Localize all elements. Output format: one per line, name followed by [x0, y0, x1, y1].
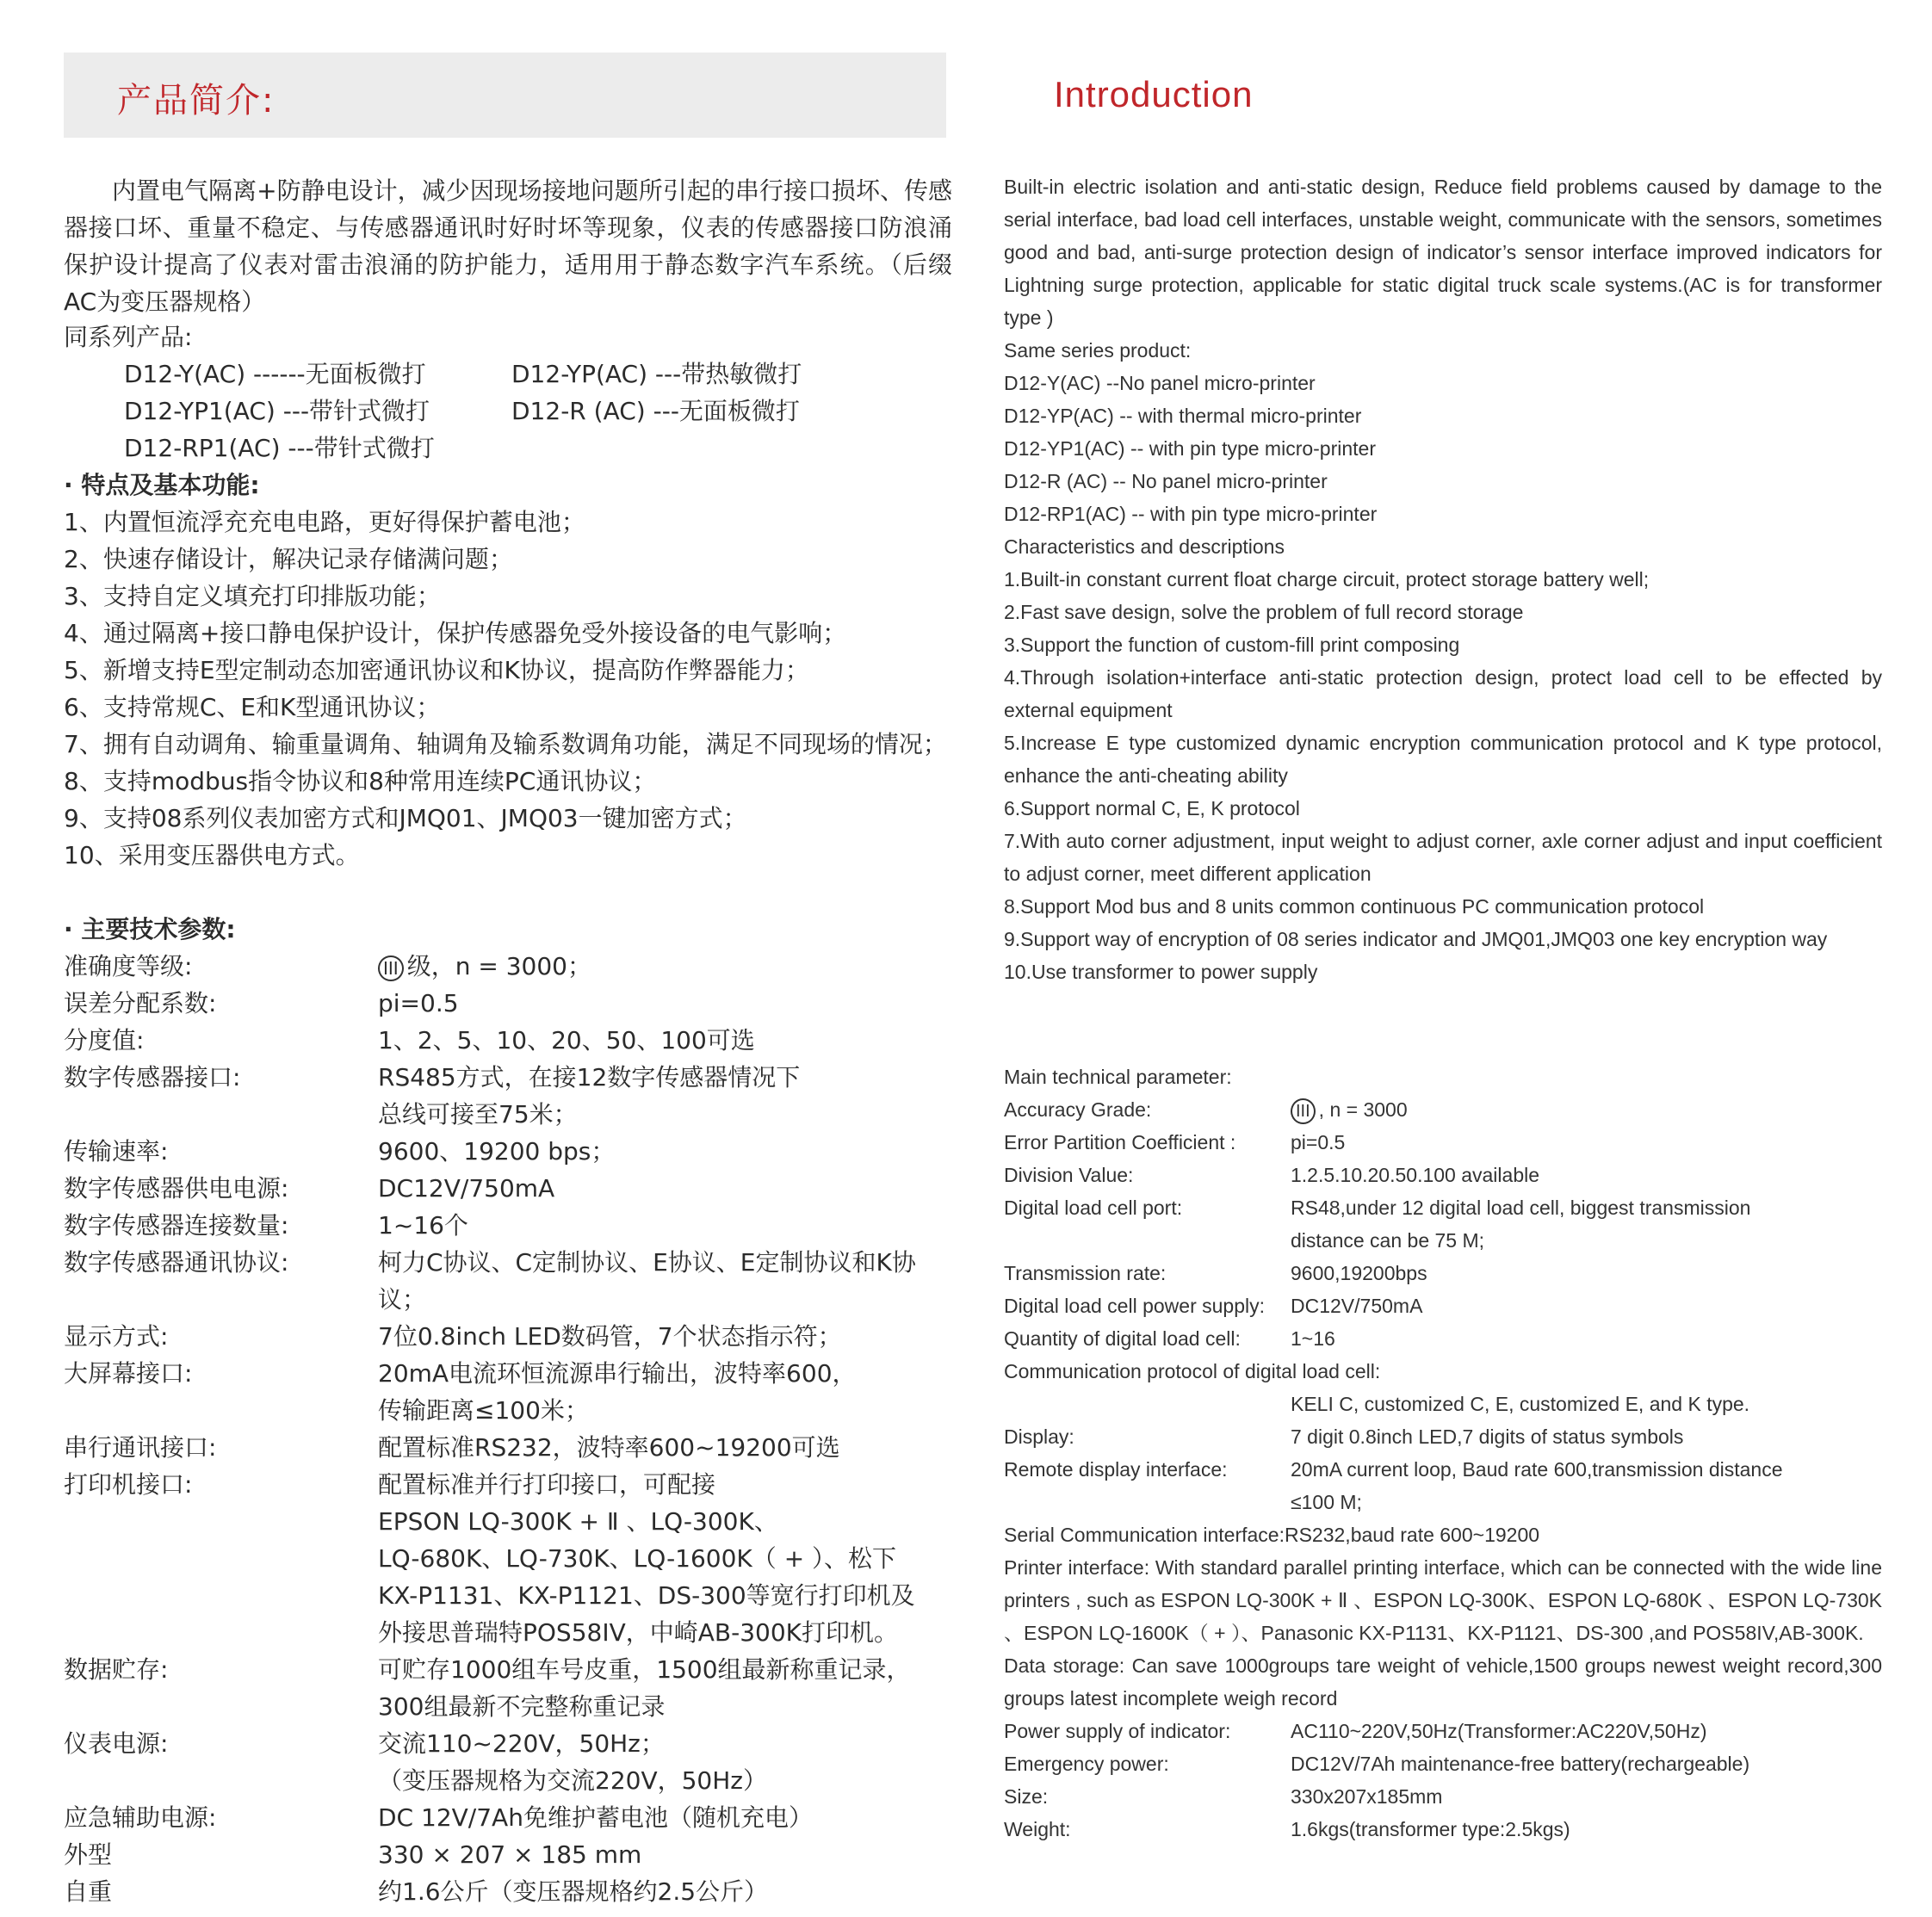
en-serial-row: Serial Communication interface:RS232,bau…	[1004, 1518, 1882, 1551]
en-spec-label: Size:	[1004, 1780, 1291, 1813]
cn-spec-value: III级，n = 3000；	[378, 948, 959, 985]
cn-spec-row: 传输速率:9600、19200 bps；	[64, 1133, 959, 1170]
accuracy-class-icon: III	[378, 955, 404, 981]
en-spec-value: 20mA current loop, Baud rate 600,transmi…	[1291, 1453, 1882, 1518]
cn-spec-label: 应急辅助电源:	[64, 1799, 378, 1836]
cn-spec-label: 仪表电源:	[64, 1725, 378, 1799]
cn-specs-heading: · 主要技术参数:	[64, 911, 959, 948]
cn-feature-item: 10、采用变压器供电方式。	[64, 837, 959, 874]
en-feature-item: 9.Support way of encryption of 08 series…	[1004, 923, 1882, 955]
accuracy-class-icon: III	[1291, 1098, 1316, 1124]
cn-series-item: D12-YP1(AC) ---带针式微打	[124, 393, 511, 430]
cn-spec-value: 约1.6公斤（变压器规格约2.5公斤）	[378, 1873, 959, 1910]
cn-series-row: D12-YP1(AC) ---带针式微打 D12-R (AC) ---无面板微打	[64, 393, 959, 430]
cn-series-item: D12-R (AC) ---无面板微打	[511, 393, 800, 430]
en-spec-row: Power supply of indicator:AC110~220V,50H…	[1004, 1715, 1882, 1747]
cn-spec-label: 数字传感器供电电源:	[64, 1170, 378, 1207]
en-specs-section: Main technical parameter: Accuracy Grade…	[1004, 1061, 1882, 1846]
cn-feature-item: 2、快速存储设计，解决记录存储满问题；	[64, 541, 959, 578]
cn-spec-row: 显示方式:7位0.8inch LED数码管，7个状态指示符；	[64, 1318, 959, 1355]
en-feature-item: 2.Fast save design, solve the problem of…	[1004, 596, 1882, 628]
cn-spec-value: 柯力C协议、C定制协议、E协议、E定制协议和K协议；	[378, 1244, 959, 1318]
en-spec-value: 1~16	[1291, 1322, 1882, 1355]
cn-spec-value: 配置标准并行打印接口，可配接EPSON LQ-300K + Ⅱ 、LQ-300K…	[378, 1466, 959, 1651]
cn-feature-item: 8、支持modbus指令协议和8种常用连续PC通讯协议；	[64, 763, 959, 800]
cn-spec-value: 20mA电流环恒流源串行输出，波特率600，传输距离≤100米；	[378, 1355, 959, 1429]
cn-spec-row: 自重约1.6公斤（变压器规格约2.5公斤）	[64, 1873, 959, 1910]
cn-spec-label: 串行通讯接口:	[64, 1429, 378, 1466]
en-spec-label: Quantity of digital load cell:	[1004, 1322, 1291, 1355]
en-spec-label: Weight:	[1004, 1813, 1291, 1846]
cn-spec-label: 分度值:	[64, 1022, 378, 1059]
cn-spec-value: 330 × 207 × 185 mm	[378, 1836, 959, 1873]
en-comm-value: KELI C, customized C, E, customized E, a…	[1291, 1388, 1882, 1420]
en-spec-value: 9600,19200bps	[1291, 1257, 1882, 1289]
en-spec-value: III, n = 3000	[1291, 1093, 1882, 1126]
cn-spec-label: 准确度等级:	[64, 948, 378, 985]
cn-series-section: 同系列产品: D12-Y(AC) ------无面板微打 D12-YP(AC) …	[64, 318, 959, 874]
cn-spec-value: 配置标准RS232，波特率600~19200可选	[378, 1429, 959, 1466]
en-feature-item: 8.Support Mod bus and 8 units common con…	[1004, 890, 1882, 923]
en-spec-value: 1.6kgs(transformer type:2.5kgs)	[1291, 1813, 1882, 1846]
cn-spec-row: 误差分配系数: pi=0.5	[64, 985, 959, 1022]
cn-spec-row: 外型330 × 207 × 185 mm	[64, 1836, 959, 1873]
en-printer-row: Printer interface: With standard paralle…	[1004, 1551, 1882, 1649]
cn-feature-item: 7、拥有自动调角、输重量调角、轴调角及输系数调角功能，满足不同现场的情况；	[64, 726, 959, 763]
en-spec-label: Digital load cell port:	[1004, 1191, 1291, 1257]
en-features-heading: Characteristics and descriptions	[1004, 530, 1882, 563]
cn-feature-item: 5、新增支持E型定制动态加密通讯协议和K协议，提高防作弊器能力；	[64, 652, 959, 689]
cn-spec-label: 大屏幕接口:	[64, 1355, 378, 1429]
cn-spec-row: 数字传感器接口: RS485方式，在接12数字传感器情况下总线可接至75米；	[64, 1059, 959, 1133]
en-spec-value: pi=0.5	[1291, 1126, 1882, 1159]
cn-feature-item: 1、内置恒流浮充充电电路，更好得保护蓄电池；	[64, 504, 959, 541]
en-spec-label: Power supply of indicator:	[1004, 1715, 1291, 1747]
en-specs-list-2: Display:7 digit 0.8inch LED,7 digits of …	[1004, 1420, 1882, 1518]
en-spec-row: Display:7 digit 0.8inch LED,7 digits of …	[1004, 1420, 1882, 1453]
en-spec-label: Division Value:	[1004, 1159, 1291, 1191]
en-spec-value: RS48,under 12 digital load cell, biggest…	[1291, 1191, 1882, 1257]
cn-spec-label: 误差分配系数:	[64, 985, 378, 1022]
en-spec-row: Division Value:1.2.5.10.20.50.100 availa…	[1004, 1159, 1882, 1191]
en-feature-item: 10.Use transformer to power supply	[1004, 955, 1882, 988]
cn-spec-row: 数据贮存:可贮存1000组车号皮重，1500组最新称重记录，300组最新不完整称…	[64, 1651, 959, 1725]
cn-features-heading: · 特点及基本功能:	[64, 467, 959, 504]
cn-spec-label: 传输速率:	[64, 1133, 378, 1170]
en-spec-value: 330x207x185mm	[1291, 1780, 1882, 1813]
en-spec-row: Remote display interface:20mA current lo…	[1004, 1453, 1882, 1518]
en-feature-item: 4.Through isolation+interface anti-stati…	[1004, 661, 1882, 727]
cn-spec-row: 应急辅助电源:DC 12V/7Ah免维护蓄电池（随机充电）	[64, 1799, 959, 1836]
cn-series-item: D12-RP1(AC) ---带针式微打	[124, 430, 511, 467]
cn-series-row: D12-Y(AC) ------无面板微打 D12-YP(AC) ---带热敏微…	[64, 356, 959, 393]
cn-spec-label: 自重	[64, 1873, 378, 1910]
en-series-item: D12-YP(AC) -- with thermal micro-printer	[1004, 399, 1882, 432]
en-spec-row: Digital load cell port:RS48,under 12 dig…	[1004, 1191, 1882, 1257]
cn-spec-row: 大屏幕接口: 20mA电流环恒流源串行输出，波特率600，传输距离≤100米；	[64, 1355, 959, 1429]
en-spec-label: Emergency power:	[1004, 1747, 1291, 1780]
cn-spec-value: 7位0.8inch LED数码管，7个状态指示符；	[378, 1318, 959, 1355]
cn-spec-row: 准确度等级:III级，n = 3000；	[64, 948, 959, 985]
cn-spec-label: 数字传感器通讯协议:	[64, 1244, 378, 1318]
cn-spec-value: 1、2、5、10、20、50、100可选	[378, 1022, 959, 1059]
en-spec-row: Weight:1.6kgs(transformer type:2.5kgs)	[1004, 1813, 1882, 1846]
en-page-title: Introduction	[1054, 74, 1253, 115]
en-spec-value: DC12V/7Ah maintenance-free battery(recha…	[1291, 1747, 1882, 1780]
cn-spec-row: 数字传感器供电电源:DC12V/750mA	[64, 1170, 959, 1207]
en-feature-item: 5.Increase E type customized dynamic enc…	[1004, 727, 1882, 792]
en-feature-item: 7.With auto corner adjustment, input wei…	[1004, 825, 1882, 890]
en-feature-item: 3.Support the function of custom-fill pr…	[1004, 628, 1882, 661]
en-spec-row: Emergency power:DC12V/7Ah maintenance-fr…	[1004, 1747, 1882, 1780]
cn-series-heading: 同系列产品:	[64, 318, 959, 356]
en-comm-heading: Communication protocol of digital load c…	[1004, 1355, 1882, 1388]
cn-spec-value: 1~16个	[378, 1207, 959, 1244]
en-intro-paragraph: Built-in electric isolation and anti-sta…	[1004, 170, 1882, 334]
cn-feature-item: 6、支持常规C、E和K型通讯协议；	[64, 689, 959, 726]
cn-spec-label: 数字传感器连接数量:	[64, 1207, 378, 1244]
cn-feature-item: 4、通过隔离+接口静电保护设计，保护传感器免受外接设备的电气影响；	[64, 615, 959, 652]
en-series-item: D12-YP1(AC) -- with pin type micro-print…	[1004, 432, 1882, 465]
cn-spec-value: DC12V/750mA	[378, 1170, 959, 1207]
en-spec-value: AC110~220V,50Hz(Transformer:AC220V,50Hz)	[1291, 1715, 1882, 1747]
cn-spec-value: 交流110~220V，50Hz；（变压器规格为交流220V，50Hz）	[378, 1725, 959, 1799]
en-spec-row: Quantity of digital load cell:1~16	[1004, 1322, 1882, 1355]
cn-spec-row: 数字传感器通讯协议:柯力C协议、C定制协议、E协议、E定制协议和K协议；	[64, 1244, 959, 1318]
en-series-item: D12-R (AC) -- No panel micro-printer	[1004, 465, 1882, 498]
en-spec-row: Accuracy Grade:III, n = 3000	[1004, 1093, 1882, 1126]
en-spec-row: Error Partition Coefficient :pi=0.5	[1004, 1126, 1882, 1159]
en-spec-value: 1.2.5.10.20.50.100 available	[1291, 1159, 1882, 1191]
en-spec-label: Accuracy Grade:	[1004, 1093, 1291, 1126]
cn-spec-value: 可贮存1000组车号皮重，1500组最新称重记录，300组最新不完整称重记录	[378, 1651, 959, 1725]
en-specs-list: Accuracy Grade:III, n = 3000Error Partit…	[1004, 1093, 1882, 1355]
en-intro-section: Built-in electric isolation and anti-sta…	[1004, 170, 1882, 988]
cn-feature-item: 9、支持08系列仪表加密方式和JMQ01、JMQ03一键加密方式；	[64, 800, 959, 837]
en-spec-row: Digital load cell power supply:DC12V/750…	[1004, 1289, 1882, 1322]
en-series-item: D12-RP1(AC) -- with pin type micro-print…	[1004, 498, 1882, 530]
en-feature-item: 1.Built-in constant current float charge…	[1004, 563, 1882, 596]
en-spec-label: Transmission rate:	[1004, 1257, 1291, 1289]
en-spec-label: Digital load cell power supply:	[1004, 1289, 1291, 1322]
en-specs-heading: Main technical parameter:	[1004, 1061, 1882, 1093]
cn-series-item: D12-Y(AC) ------无面板微打	[124, 356, 511, 393]
cn-spec-row: 分度值:1、2、5、10、20、50、100可选	[64, 1022, 959, 1059]
en-spec-row: Size:330x207x185mm	[1004, 1780, 1882, 1813]
cn-specs-section: · 主要技术参数: 准确度等级:III级，n = 3000；误差分配系数: pi…	[64, 911, 959, 1910]
en-series-item: D12-Y(AC) --No panel micro-printer	[1004, 367, 1882, 399]
cn-header-bar: 产品简介:	[64, 53, 946, 138]
cn-spec-label: 打印机接口:	[64, 1466, 378, 1651]
cn-spec-label: 外型	[64, 1836, 378, 1873]
cn-spec-value: pi=0.5	[378, 985, 959, 1022]
en-series-heading: Same series product:	[1004, 334, 1882, 367]
en-spec-row: KELI C, customized C, E, customized E, a…	[1004, 1388, 1882, 1420]
en-spec-value: DC12V/750mA	[1291, 1289, 1882, 1322]
en-spec-row: Transmission rate: 9600,19200bps	[1004, 1257, 1882, 1289]
cn-spec-label: 数据贮存:	[64, 1651, 378, 1725]
en-feature-item: 6.Support normal C, E, K protocol	[1004, 792, 1882, 825]
cn-spec-label: 显示方式:	[64, 1318, 378, 1355]
cn-spec-label: 数字传感器接口:	[64, 1059, 378, 1133]
en-spec-label: Display:	[1004, 1420, 1291, 1453]
cn-spec-value: RS485方式，在接12数字传感器情况下总线可接至75米；	[378, 1059, 959, 1133]
cn-specs-list: 准确度等级:III级，n = 3000；误差分配系数: pi=0.5分度值:1、…	[64, 948, 959, 1910]
en-spec-label: Error Partition Coefficient :	[1004, 1126, 1291, 1159]
cn-page-title: 产品简介:	[117, 73, 275, 122]
cn-spec-value: DC 12V/7Ah免维护蓄电池（随机充电）	[378, 1799, 959, 1836]
en-spec-value: 7 digit 0.8inch LED,7 digits of status s…	[1291, 1420, 1882, 1453]
cn-spec-row: 数字传感器连接数量:1~16个	[64, 1207, 959, 1244]
cn-spec-row: 仪表电源:交流110~220V，50Hz；（变压器规格为交流220V，50Hz）	[64, 1725, 959, 1799]
en-spec-label: Remote display interface:	[1004, 1453, 1291, 1518]
en-storage-row: Data storage: Can save 1000groups tare w…	[1004, 1649, 1882, 1715]
cn-spec-row: 串行通讯接口:配置标准RS232，波特率600~19200可选	[64, 1429, 959, 1466]
cn-spec-value: 9600、19200 bps；	[378, 1133, 959, 1170]
cn-series-row: D12-RP1(AC) ---带针式微打	[64, 430, 959, 467]
cn-feature-item: 3、支持自定义填充打印排版功能；	[64, 578, 959, 615]
cn-spec-row: 打印机接口:配置标准并行打印接口，可配接EPSON LQ-300K + Ⅱ 、L…	[64, 1466, 959, 1651]
cn-intro-paragraph: 内置电气隔离+防静电设计，减少因现场接地问题所引起的串行接口损坏、传感器接口坏、…	[64, 172, 952, 320]
en-specs-list-3: Power supply of indicator:AC110~220V,50H…	[1004, 1715, 1882, 1846]
cn-series-item: D12-YP(AC) ---带热敏微打	[511, 356, 802, 393]
